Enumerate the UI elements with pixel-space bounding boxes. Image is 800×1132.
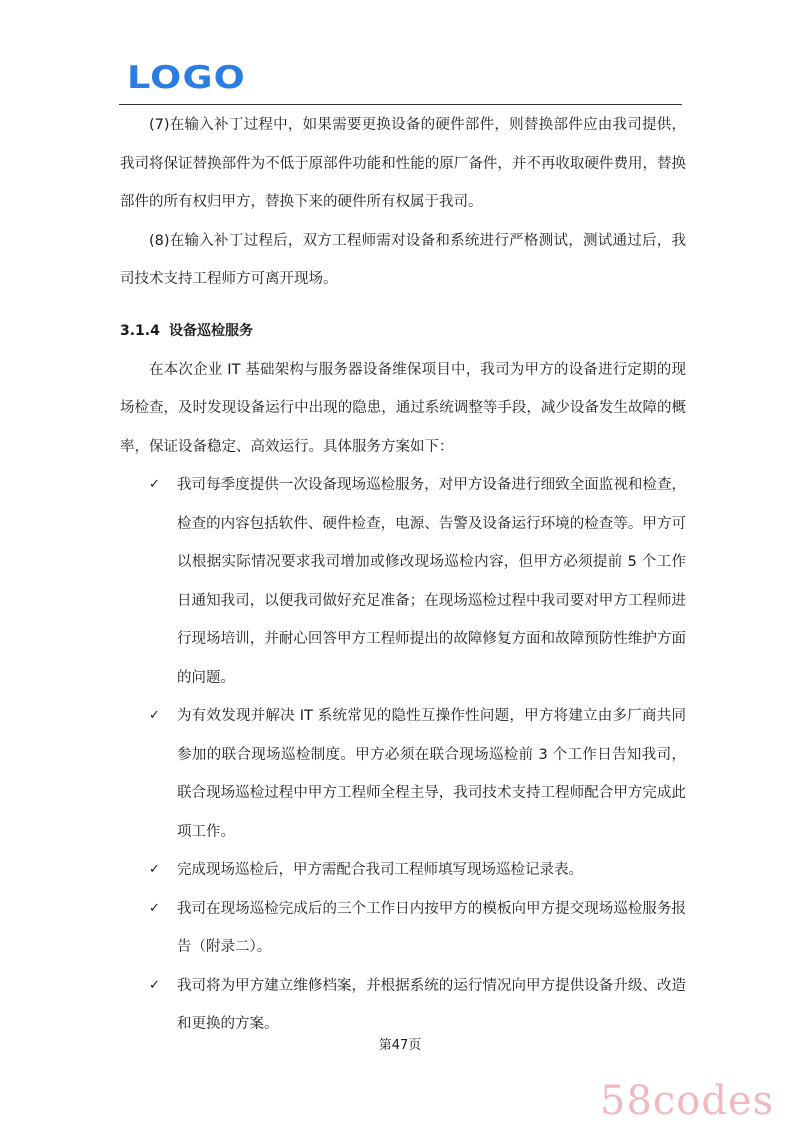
section-title: 设备巡检服务 — [169, 323, 253, 339]
list-item: ✓ 我司每季度提供一次设备现场巡检服务，对甲方设备进行细致全面监视和检查，检查的… — [120, 466, 686, 697]
list-item: ✓ 我司在现场巡检完成后的三个工作日内按甲方的模板向甲方提交现场巡检服务报告（附… — [120, 890, 686, 967]
page-number: 第47页 — [0, 1034, 800, 1053]
section-number: 3.1.4 — [120, 311, 169, 351]
check-icon: ✓ — [149, 697, 160, 736]
section-intro: 在本次企业 IT 基础架构与服务器设备维保项目中，我司为甲方的设备进行定期的现场… — [120, 351, 686, 467]
paragraph-8: (8)在输入补丁过程后，双方工程师需对设备和系统进行严格测试，测试通过后，我司技… — [120, 222, 686, 299]
list-item: ✓ 我司将为甲方建立维修档案，并根据系统的运行情况向甲方提供设备升级、改造和更换… — [120, 967, 686, 1044]
document-body: (7)在输入补丁过程中，如果需要更换设备的硬件部件，则替换部件应由我司提供，我司… — [120, 106, 686, 1044]
section-heading: 3.1.4设备巡检服务 — [120, 311, 686, 351]
list-item-text: 我司每季度提供一次设备现场巡检服务，对甲方设备进行细致全面监视和检查，检查的内容… — [177, 477, 686, 686]
check-icon: ✓ — [149, 851, 160, 890]
bullet-list: ✓ 我司每季度提供一次设备现场巡检服务，对甲方设备进行细致全面监视和检查，检查的… — [120, 466, 686, 1044]
list-item-text: 我司将为甲方建立维修档案，并根据系统的运行情况向甲方提供设备升级、改造和更换的方… — [177, 978, 686, 1033]
check-icon: ✓ — [149, 890, 160, 929]
list-item-text: 为有效发现并解决 IT 系统常见的隐性互操作性问题，甲方将建立由多厂商共同参加的… — [177, 708, 686, 840]
list-item: ✓ 为有效发现并解决 IT 系统常见的隐性互操作性问题，甲方将建立由多厂商共同参… — [120, 697, 686, 851]
company-logo: LOGO — [127, 62, 246, 94]
header-divider — [119, 104, 682, 105]
watermark: 58codes — [600, 1078, 774, 1124]
check-icon: ✓ — [149, 466, 160, 505]
list-item-text: 完成现场巡检后，甲方需配合我司工程师填写现场巡检记录表。 — [177, 862, 583, 878]
paragraph-7: (7)在输入补丁过程中，如果需要更换设备的硬件部件，则替换部件应由我司提供，我司… — [120, 106, 686, 222]
list-item: ✓ 完成现场巡检后，甲方需配合我司工程师填写现场巡检记录表。 — [120, 851, 686, 890]
check-icon: ✓ — [149, 967, 160, 1006]
list-item-text: 我司在现场巡检完成后的三个工作日内按甲方的模板向甲方提交现场巡检服务报告（附录二… — [177, 901, 686, 956]
